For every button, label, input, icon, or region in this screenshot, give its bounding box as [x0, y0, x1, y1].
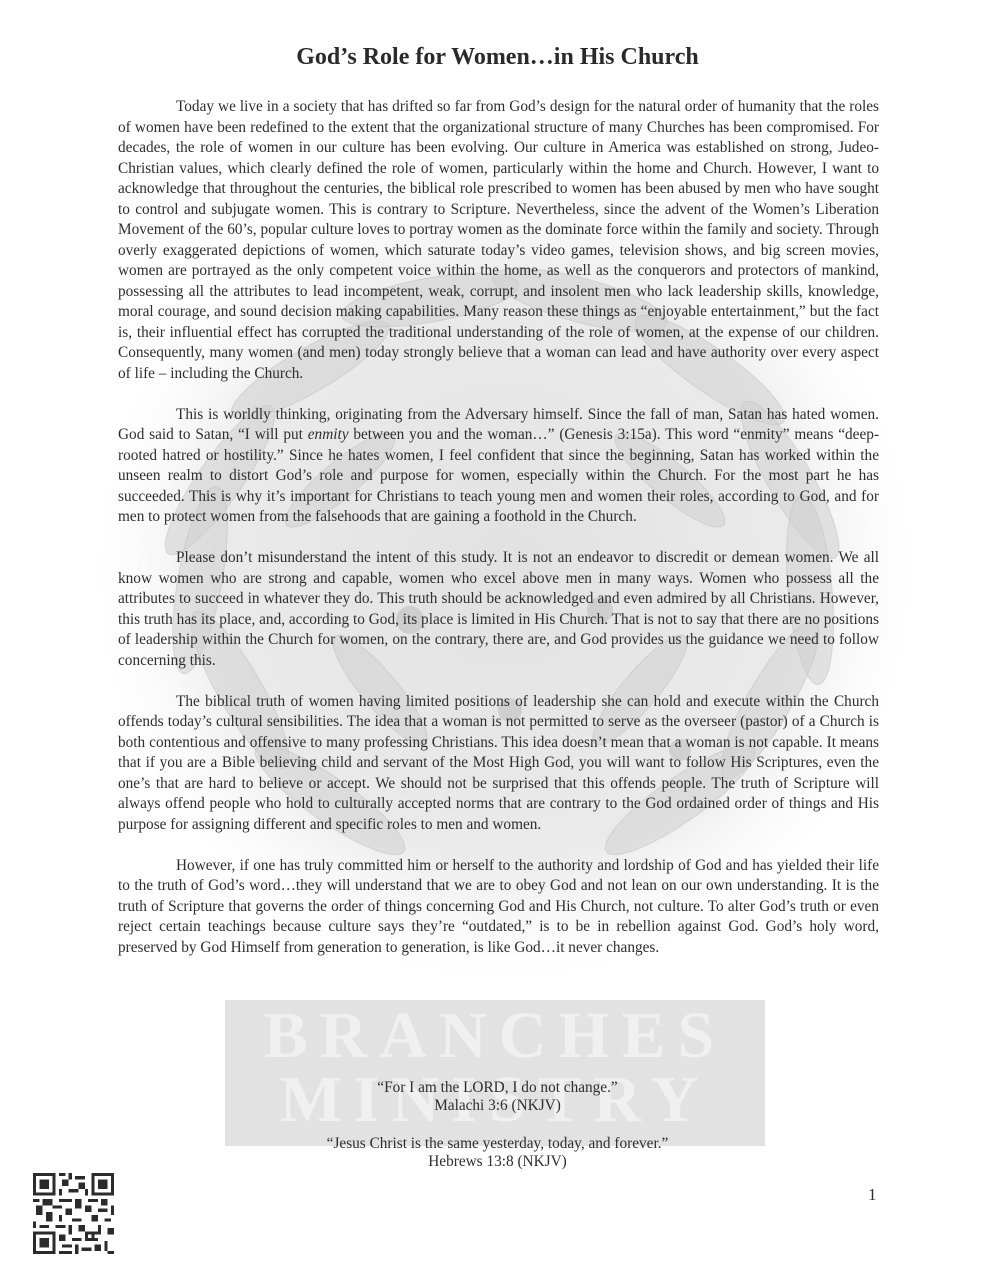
qr-code-icon[interactable] [33, 1173, 114, 1254]
paragraph-5: However, if one has truly committed him … [118, 856, 879, 959]
quote-hebrews: “Jesus Christ is the same yesterday, tod… [0, 1135, 995, 1171]
quote-text: “For I am the LORD, I do not change.” [0, 1079, 995, 1097]
quote-reference: Hebrews 13:8 (NKJV) [0, 1153, 995, 1171]
emphasis-enmity: enmity [308, 426, 349, 443]
paragraph-1: Today we live in a society that has drif… [118, 97, 879, 384]
page-title: God’s Role for Women…in His Church [0, 44, 995, 71]
scripture-quotes: “For I am the LORD, I do not change.” Ma… [0, 1079, 995, 1191]
page-number: 1 [868, 1185, 877, 1205]
quote-reference: Malachi 3:6 (NKJV) [0, 1097, 995, 1115]
paragraph-2: This is worldly thinking, originating fr… [118, 405, 879, 528]
quote-malachi: “For I am the LORD, I do not change.” Ma… [0, 1079, 995, 1115]
paragraph-3: Please don’t misunderstand the intent of… [118, 548, 879, 671]
document-body: Today we live in a society that has drif… [118, 97, 879, 979]
quote-text: “Jesus Christ is the same yesterday, tod… [0, 1135, 995, 1153]
paragraph-4: The biblical truth of women having limit… [118, 692, 879, 836]
watermark-line-branches: BRANCHES [225, 1004, 765, 1068]
